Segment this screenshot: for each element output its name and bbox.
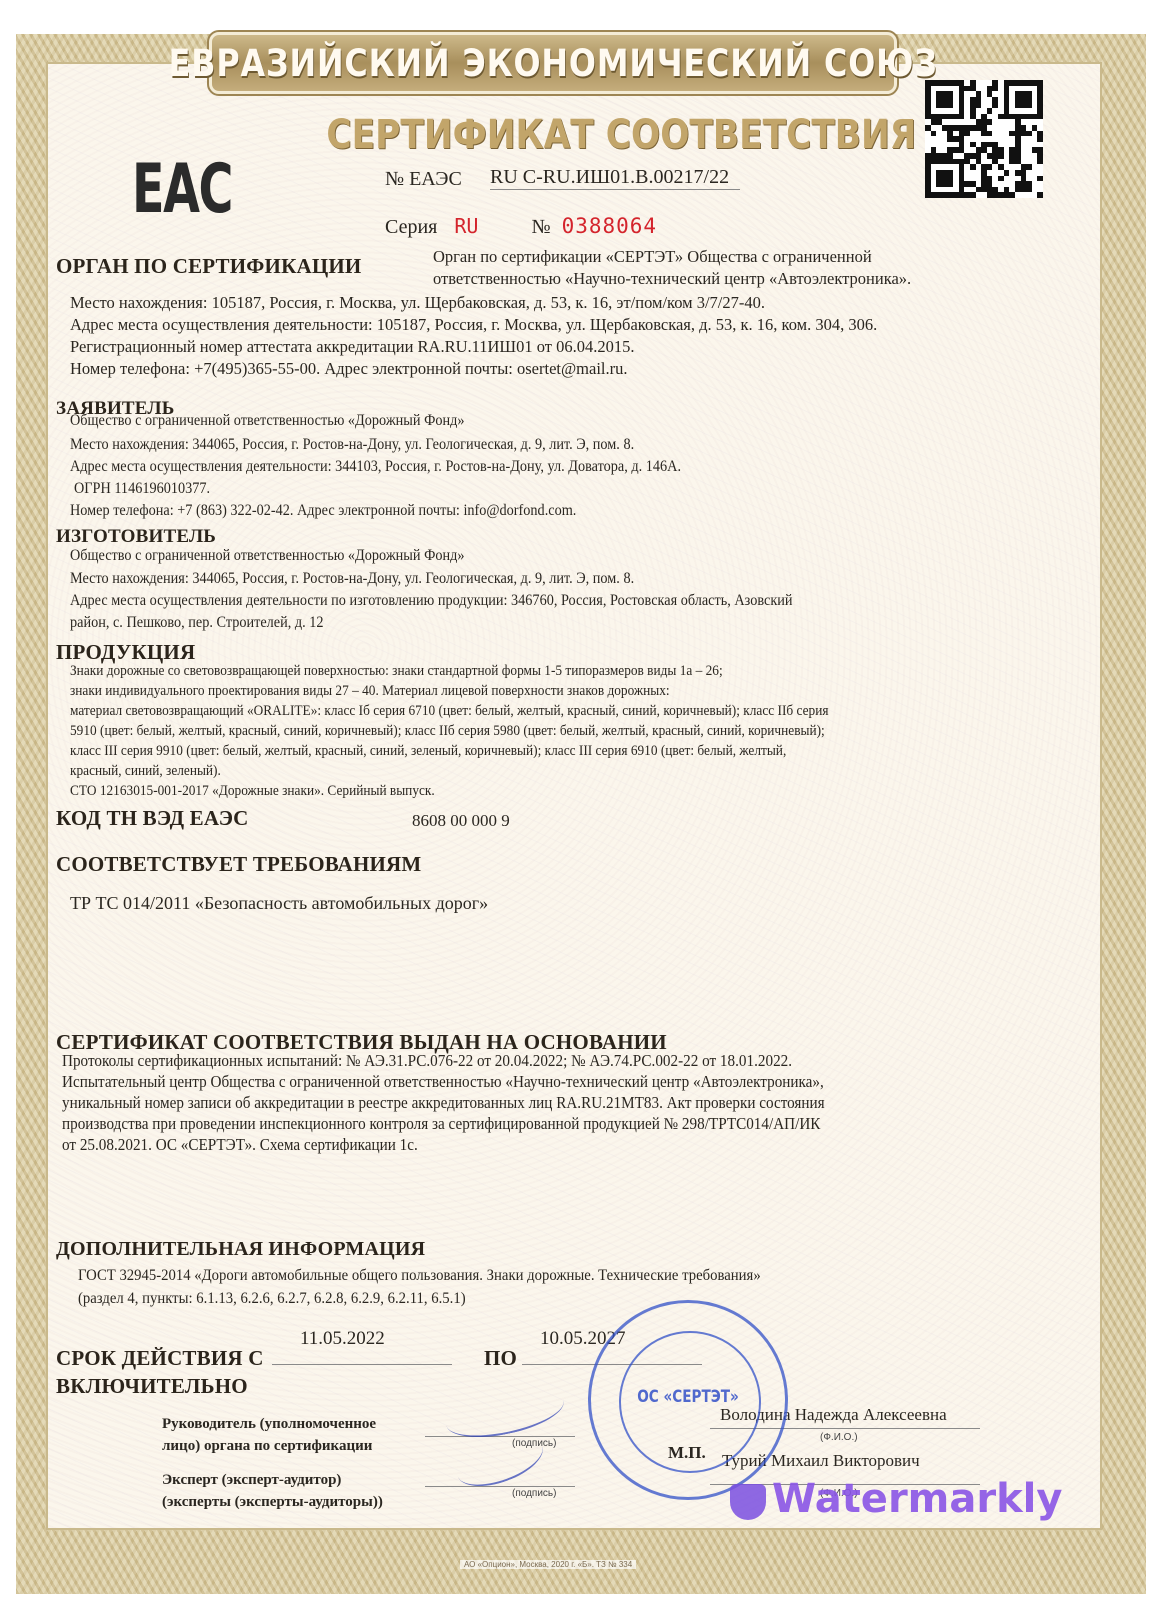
stamp-text: ОС «СЕРТЭТ» [610, 1387, 765, 1407]
blank-number-label: № [531, 216, 550, 238]
requirements-value: ТР ТС 014/2011 «Безопасность автомобильн… [70, 893, 488, 914]
validity-to-label: ПО [484, 1346, 517, 1371]
product-line: материал световозвращающий «ORALITE»: кл… [70, 702, 828, 721]
applicant-ogrn: ОГРН 1146196010377. [74, 478, 210, 499]
expert-signature-line [425, 1486, 575, 1487]
manufacturer-name: Общество с ограниченной ответственностью… [70, 545, 464, 566]
watermark-shield-icon [730, 1484, 766, 1520]
certification-body-name-2: ответственностью «Научно-технический цен… [433, 268, 911, 289]
head-fio-caption: (Ф.И.О.) [820, 1432, 858, 1443]
tn-ved-heading: КОД ТН ВЭД ЕАЭС [56, 806, 249, 831]
document-title: СЕРТИФИКАТ СООТВЕТСТВИЯ [326, 112, 773, 158]
validity-from-line [272, 1364, 452, 1365]
applicant-location: Место нахождения: 344065, Россия, г. Рос… [70, 434, 634, 455]
basis-line: производства при проведении инспекционно… [62, 1113, 820, 1134]
additional-line-2: (раздел 4, пункты: 6.1.13, 6.2.6, 6.2.7,… [78, 1288, 466, 1309]
basis-line: уникальный номер записи об аккредитации … [62, 1092, 825, 1113]
head-signature-line [425, 1436, 575, 1437]
number-label: № ЕАЭС [385, 168, 462, 190]
tn-ved-code: 8608 00 000 9 [412, 810, 510, 831]
basis-line: Протоколы сертификационных испытаний: № … [62, 1050, 792, 1071]
applicant-name: Общество с ограниченной ответственностью… [70, 410, 464, 431]
product-line: красный, синий, зеленый). [70, 762, 221, 781]
product-line: Знаки дорожные со световозвращающей пове… [70, 662, 723, 681]
printer-imprint: АО «Опцион», Москва, 2020 г. «Б». ТЗ № 3… [460, 1560, 636, 1569]
product-line: СТО 12163015-001-2017 «Дорожные знаки». … [70, 782, 435, 801]
watermark-text: Watermarkly [772, 1476, 1062, 1522]
head-label-1: Руководитель (уполномоченное [162, 1414, 376, 1435]
certification-body-activity-address: Адрес места осуществления деятельности: … [70, 314, 877, 335]
product-line: знаки индивидуального проектирования вид… [70, 682, 670, 701]
certificate-number-row: № ЕАЭС RU C-RU.ИШ01.В.00217/22 [385, 168, 462, 191]
certificate-number: RU C-RU.ИШ01.В.00217/22 [490, 166, 740, 190]
basis-line: от 25.08.2021. ОС «СЕРТЭТ». Схема сертиф… [62, 1134, 418, 1155]
applicant-activity-address: Адрес места осуществления деятельности: … [70, 456, 681, 477]
certification-body-location: Место нахождения: 105187, Россия, г. Мос… [70, 292, 765, 313]
basis-line: Испытательный центр Общества с ограничен… [62, 1071, 824, 1092]
expert-label-1: Эксперт (эксперт-аудитор) [162, 1470, 341, 1491]
certification-body-name-1: Орган по сертификации «СЕРТЭТ» Общества … [433, 246, 872, 267]
certification-body-accreditation: Регистрационный номер аттестата аккредит… [70, 336, 634, 357]
series-row: Серия RU № 0388064 [385, 214, 657, 239]
eac-logo-icon: EAC [132, 150, 232, 229]
seal-stamp-icon: ОС «СЕРТЭТ» [588, 1300, 788, 1500]
validity-inclusive-label: ВКЛЮЧИТЕЛЬНО [56, 1374, 248, 1399]
series-value: RU [454, 214, 478, 238]
head-label-2: лицо) органа по сертификации [162, 1436, 372, 1457]
manufacturer-production-address-2: район, с. Пешково, пер. Строителей, д. 1… [70, 612, 324, 633]
union-title: ЕВРАЗИЙСКИЙ ЭКОНОМИЧЕСКИЙ СОЮЗ [168, 42, 937, 85]
certification-body-heading: ОРГАН ПО СЕРТИФИКАЦИИ [56, 254, 361, 279]
expert-label-2: (эксперты (эксперты-аудиторы)) [162, 1492, 383, 1513]
expert-signature-caption: (подпись) [512, 1488, 556, 1499]
union-banner: ЕВРАЗИЙСКИЙ ЭКОНОМИЧЕСКИЙ СОЮЗ [209, 32, 897, 94]
requirements-heading: СООТВЕТСТВУЕТ ТРЕБОВАНИЯМ [56, 852, 421, 877]
product-line: 5910 (цвет: белый, желтый, красный, сини… [70, 722, 825, 741]
validity-from-date: 11.05.2022 [300, 1328, 385, 1349]
series-label: Серия [385, 216, 437, 238]
validity-from-label: СРОК ДЕЙСТВИЯ С [56, 1346, 264, 1371]
additional-line-1: ГОСТ 32945-2014 «Дороги автомобильные об… [78, 1265, 761, 1286]
blank-number: 0388064 [562, 214, 658, 238]
product-line: класс III серия 9910 (цвет: белый, желты… [70, 742, 786, 761]
additional-heading: ДОПОЛНИТЕЛЬНАЯ ИНФОРМАЦИЯ [56, 1238, 425, 1261]
manufacturer-production-address-1: Адрес места осуществления деятельности п… [70, 590, 793, 611]
certification-body-contacts: Номер телефона: +7(495)365-55-00. Адрес … [70, 358, 628, 379]
qr-code-icon [925, 80, 1043, 198]
manufacturer-location: Место нахождения: 344065, Россия, г. Рос… [70, 568, 634, 589]
applicant-contacts: Номер телефона: +7 (863) 322-02-42. Адре… [70, 500, 576, 521]
